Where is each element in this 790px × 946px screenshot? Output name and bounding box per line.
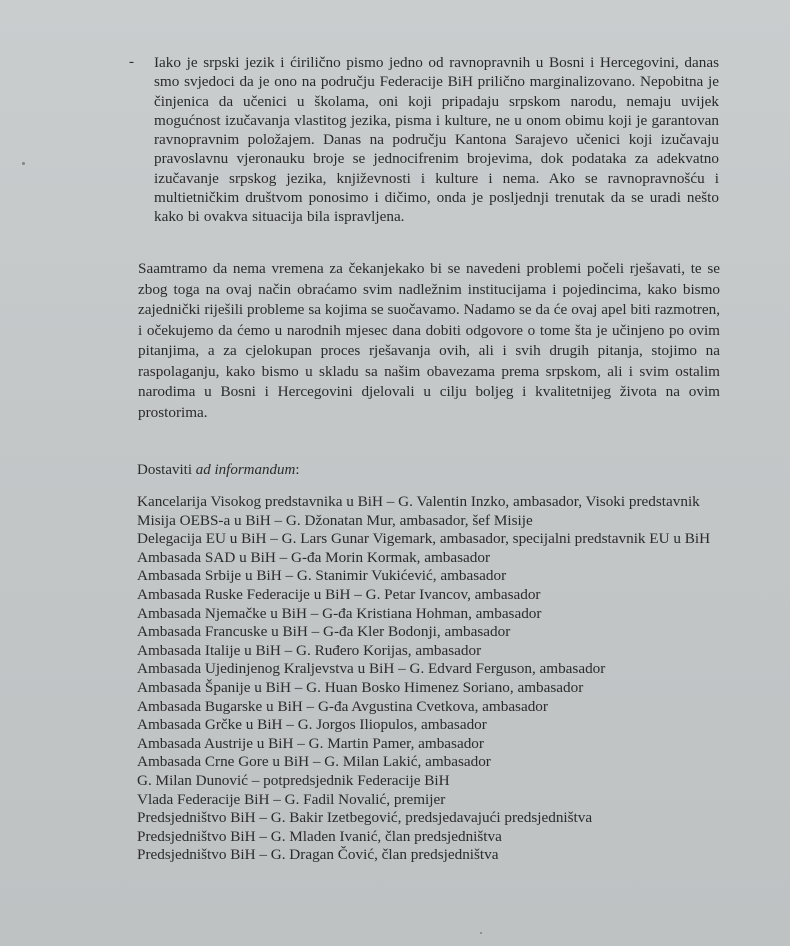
recipient-item: Delegacija EU u BiH – G. Lars Gunar Vige…: [137, 530, 722, 549]
distribution-label-italic: ad informandum: [196, 462, 296, 478]
recipient-list: Kancelarija Visokog predstavnika u BiH –…: [137, 493, 722, 865]
recipient-item: Ambasada Francuske u BiH – G-đa Kler Bod…: [137, 623, 722, 642]
bullet-paragraph: - Iako je srpski jezik i ćirilično pismo…: [132, 53, 719, 227]
recipient-item: Vlada Federacije BiH – G. Fadil Novalić,…: [137, 791, 722, 810]
scan-speck: [22, 162, 25, 165]
recipient-item: Ambasada Crne Gore u BiH – G. Milan Laki…: [137, 753, 722, 772]
appeal-paragraph: Saamtramo da nema vremena za čekanjekako…: [138, 259, 720, 423]
recipient-item: Ambasada Bugarske u BiH – G-đa Avgustina…: [137, 698, 722, 717]
scanned-document-page: - Iako je srpski jezik i ćirilično pismo…: [0, 0, 790, 946]
recipient-item: Ambasada Ujedinjenog Kraljevstva u BiH –…: [137, 660, 722, 679]
distribution-label: Dostaviti: [137, 462, 192, 478]
recipient-item: Ambasada Italije u BiH – G. Ruđero Korij…: [137, 642, 722, 661]
recipient-item: Ambasada Austrije u BiH – G. Martin Pame…: [137, 735, 722, 754]
recipient-item: Ambasada Španije u BiH – G. Huan Bosko H…: [137, 679, 722, 698]
recipient-item: G. Milan Dunović – potpredsjednik Federa…: [137, 772, 722, 791]
recipient-item: Ambasada Srbije u BiH – G. Stanimir Vuki…: [137, 567, 722, 586]
distribution-label-suffix: :: [295, 462, 299, 478]
recipient-item: Misija OEBS-a u BiH – G. Džonatan Mur, a…: [137, 512, 722, 531]
recipient-item: Ambasada Njemačke u BiH – G-đa Kristiana…: [137, 605, 722, 624]
distribution-heading: Dostaviti ad informandum:: [137, 462, 300, 479]
recipient-item: Ambasada SAD u BiH – G-đa Morin Kormak, …: [137, 549, 722, 568]
recipient-item: Ambasada Grčke u BiH – G. Jorgos Iliopul…: [137, 716, 722, 735]
recipient-item: Predsjedništvo BiH – G. Mladen Ivanić, č…: [137, 828, 722, 847]
bullet-marker: -: [129, 53, 134, 72]
recipient-item: Predsjedništvo BiH – G. Bakir Izetbegovi…: [137, 809, 722, 828]
recipient-item: Predsjedništvo BiH – G. Dragan Čović, čl…: [137, 846, 722, 865]
recipient-item: Kancelarija Visokog predstavnika u BiH –…: [137, 493, 722, 512]
bullet-paragraph-text: Iako je srpski jezik i ćirilično pismo j…: [154, 53, 719, 227]
recipient-item: Ambasada Ruske Federacije u BiH – G. Pet…: [137, 586, 722, 605]
scan-speck: [480, 932, 482, 934]
